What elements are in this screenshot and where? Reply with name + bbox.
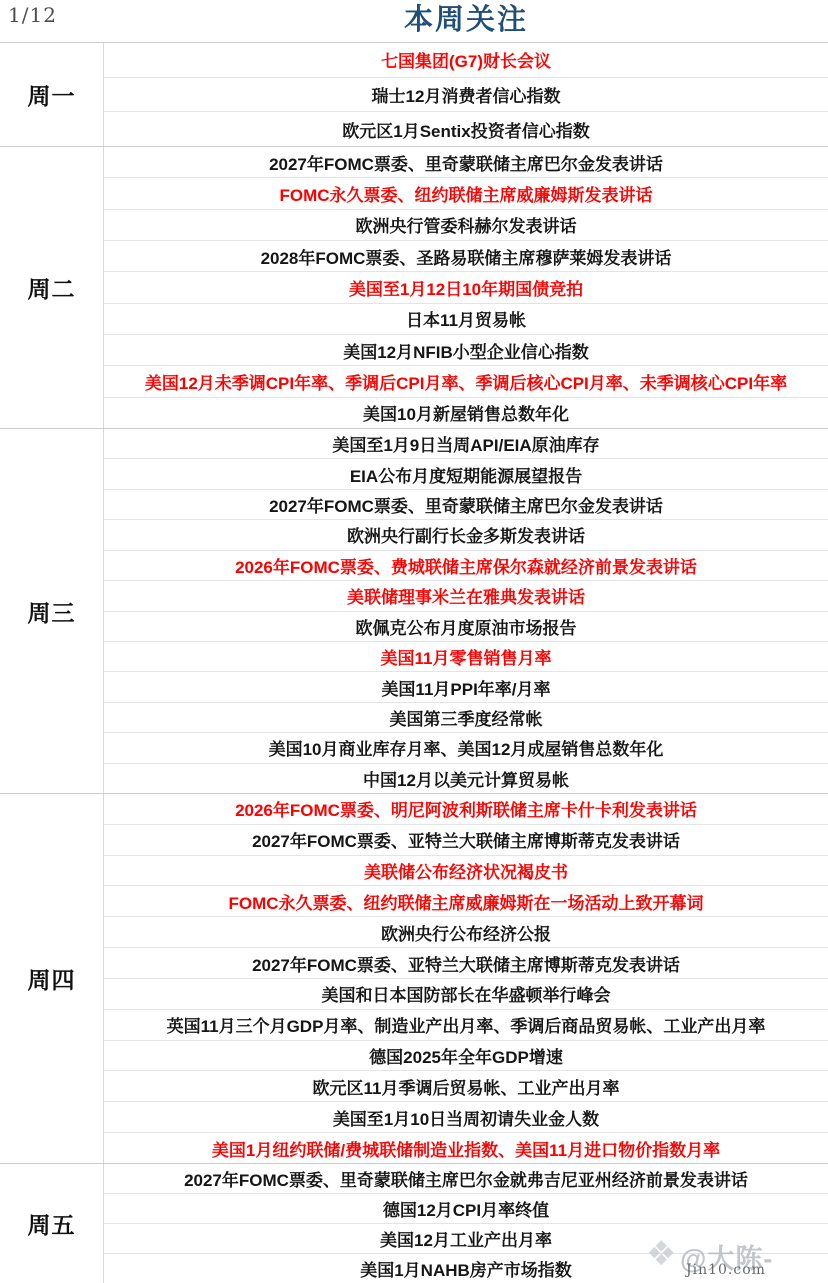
- event-row: 2028年FOMC票委、圣路易联储主席穆萨莱姆发表讲话: [104, 241, 828, 272]
- event-row: 2027年FOMC票委、亚特兰大联储主席博斯蒂克发表讲话: [104, 825, 828, 856]
- event-row: 美国10月新屋销售总数年化: [104, 398, 828, 428]
- day-section: 周五2027年FOMC票委、里奇蒙联储主席巴尔金就弗吉尼亚州经济前景发表讲话德国…: [0, 1164, 828, 1283]
- event-row: 美国1月纽约联储/费城联储制造业指数、美国11月进口物价指数月率: [104, 1133, 828, 1163]
- event-row: 英国11月三个月GDP月率、制造业产出月率、季调后商品贸易帐、工业产出月率: [104, 1010, 828, 1041]
- event-row: 德国12月CPI月率终值: [104, 1194, 828, 1224]
- event-row: 美联储公布经济状况褐皮书: [104, 856, 828, 887]
- page-number: 1/12: [8, 3, 57, 27]
- event-list: 2027年FOMC票委、里奇蒙联储主席巴尔金就弗吉尼亚州经济前景发表讲话德国12…: [104, 1164, 828, 1283]
- event-row: 美国1月NAHB房产市场指数: [104, 1254, 828, 1283]
- day-label: 周一: [0, 43, 104, 146]
- day-section: 周一七国集团(G7)财长会议瑞士12月消费者信心指数欧元区1月Sentix投资者…: [0, 43, 828, 147]
- event-row: 美国至1月12日10年期国债竞拍: [104, 272, 828, 303]
- event-row: EIA公布月度短期能源展望报告: [104, 459, 828, 489]
- event-row: FOMC永久票委、纽约联储主席威廉姆斯在一场活动上致开幕词: [104, 886, 828, 917]
- event-row: 美国至1月9日当周API/EIA原油库存: [104, 429, 828, 459]
- event-row: 2027年FOMC票委、里奇蒙联储主席巴尔金发表讲话: [104, 490, 828, 520]
- event-row: 欧佩克公布月度原油市场报告: [104, 612, 828, 642]
- weekly-schedule-table: 周一七国集团(G7)财长会议瑞士12月消费者信心指数欧元区1月Sentix投资者…: [0, 43, 828, 1283]
- day-label: 周四: [0, 794, 104, 1163]
- event-row: 美国第三季度经常帐: [104, 703, 828, 733]
- event-list: 美国至1月9日当周API/EIA原油库存EIA公布月度短期能源展望报告2027年…: [104, 429, 828, 793]
- event-row: 2026年FOMC票委、明尼阿波利斯联储主席卡什卡利发表讲话: [104, 794, 828, 825]
- event-row: 2026年FOMC票委、费城联储主席保尔森就经济前景发表讲话: [104, 551, 828, 581]
- event-row: 美国10月商业库存月率、美国12月成屋销售总数年化: [104, 733, 828, 763]
- event-row: FOMC永久票委、纽约联储主席威廉姆斯发表讲话: [104, 178, 828, 209]
- event-row: 美国11月PPI年率/月率: [104, 672, 828, 702]
- event-row: 欧元区11月季调后贸易帐、工业产出月率: [104, 1071, 828, 1102]
- day-section: 周二2027年FOMC票委、里奇蒙联储主席巴尔金发表讲话FOMC永久票委、纽约联…: [0, 147, 828, 429]
- event-row: 2027年FOMC票委、里奇蒙联储主席巴尔金就弗吉尼亚州经济前景发表讲话: [104, 1164, 828, 1194]
- event-row: 德国2025年全年GDP增速: [104, 1041, 828, 1072]
- page-header: 1/12 本周关注: [0, 0, 828, 43]
- event-row: 欧元区1月Sentix投资者信心指数: [104, 112, 828, 146]
- page-title: 本周关注: [104, 0, 828, 42]
- event-row: 美国12月未季调CPI年率、季调后CPI月率、季调后核心CPI月率、未季调核心C…: [104, 366, 828, 397]
- event-row: 欧洲央行副行长金多斯发表讲话: [104, 520, 828, 550]
- event-list: 2027年FOMC票委、里奇蒙联储主席巴尔金发表讲话FOMC永久票委、纽约联储主…: [104, 147, 828, 428]
- day-label: 周五: [0, 1164, 104, 1283]
- event-row: 七国集团(G7)财长会议: [104, 43, 828, 78]
- event-row: 欧洲央行管委科赫尔发表讲话: [104, 210, 828, 241]
- day-section: 周四2026年FOMC票委、明尼阿波利斯联储主席卡什卡利发表讲话2027年FOM…: [0, 794, 828, 1164]
- event-row: 美国12月工业产出月率: [104, 1224, 828, 1254]
- day-section: 周三美国至1月9日当周API/EIA原油库存EIA公布月度短期能源展望报告202…: [0, 429, 828, 794]
- event-list: 2026年FOMC票委、明尼阿波利斯联储主席卡什卡利发表讲话2027年FOMC票…: [104, 794, 828, 1163]
- event-row: 美国11月零售销售月率: [104, 642, 828, 672]
- event-list: 七国集团(G7)财长会议瑞士12月消费者信心指数欧元区1月Sentix投资者信心…: [104, 43, 828, 146]
- event-row: 瑞士12月消费者信心指数: [104, 78, 828, 113]
- event-row: 美联储理事米兰在雅典发表讲话: [104, 581, 828, 611]
- day-label: 周二: [0, 147, 104, 428]
- event-row: 美国至1月10日当周初请失业金人数: [104, 1102, 828, 1133]
- event-row: 美国和日本国防部长在华盛顿举行峰会: [104, 979, 828, 1010]
- event-row: 日本11月贸易帐: [104, 304, 828, 335]
- event-row: 2027年FOMC票委、亚特兰大联储主席博斯蒂克发表讲话: [104, 948, 828, 979]
- event-row: 美国12月NFIB小型企业信心指数: [104, 335, 828, 366]
- event-row: 2027年FOMC票委、里奇蒙联储主席巴尔金发表讲话: [104, 147, 828, 178]
- event-row: 中国12月以美元计算贸易帐: [104, 764, 828, 793]
- weekly-focus-page: 1/12 本周关注 周一七国集团(G7)财长会议瑞士12月消费者信心指数欧元区1…: [0, 0, 828, 1283]
- event-row: 欧洲央行公布经济公报: [104, 917, 828, 948]
- day-label: 周三: [0, 429, 104, 793]
